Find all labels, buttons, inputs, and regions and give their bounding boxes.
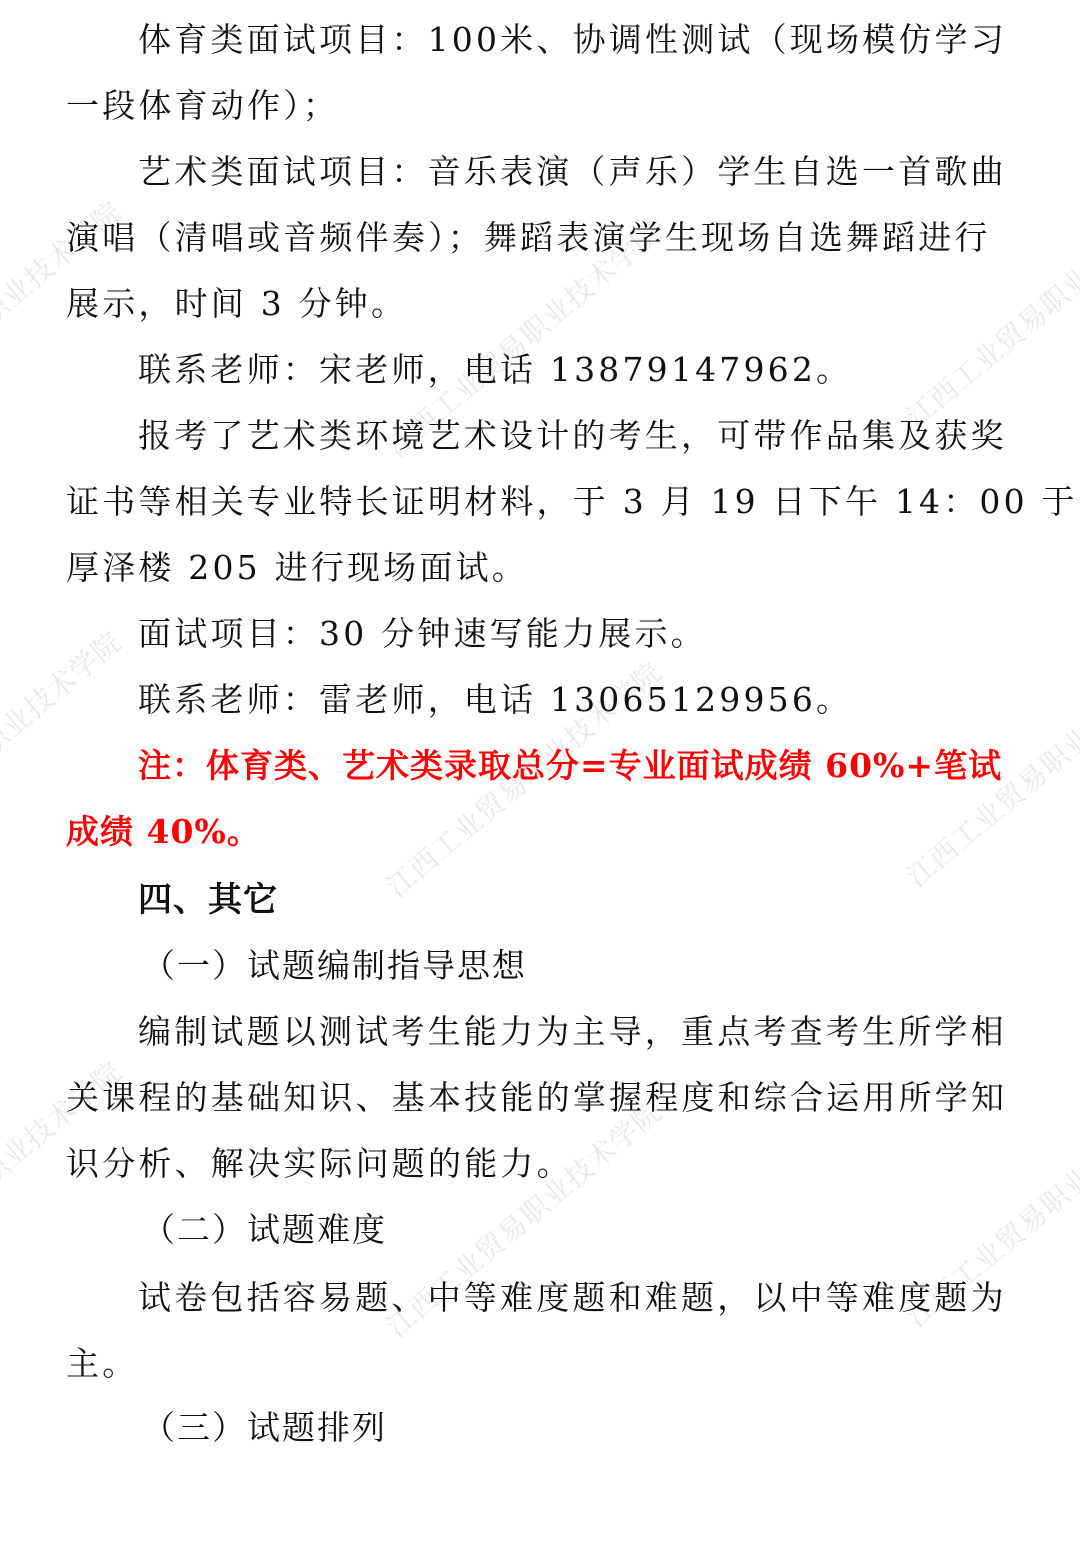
subheading-difficulty: （二）试题难度 xyxy=(142,1210,1080,1250)
subheading-guiding-principle: （一）试题编制指导思想 xyxy=(142,946,1080,986)
text-line-art-interview: 艺术类面试项目：音乐表演（声乐）学生自选一首歌曲 xyxy=(138,152,1010,192)
note-scoring: 注：体育类、艺术类录取总分=专业面试成绩 60%+笔试 xyxy=(138,746,1010,786)
text-line: 一段体育动作）； xyxy=(66,86,1010,126)
text-line: 展示，时间 3 分钟。 xyxy=(66,284,1010,324)
text-line: 厚泽楼 205 进行现场面试。 xyxy=(66,548,1010,588)
contact-lei: 联系老师：雷老师，电话 13065129956。 xyxy=(138,680,1010,720)
contact-song: 联系老师：宋老师，电话 13879147962。 xyxy=(138,350,1010,390)
text-line-pe-interview: 体育类面试项目：100米、协调性测试（现场模仿学习 xyxy=(138,20,1010,60)
text-line: 演唱（清唱或音频伴奏）；舞蹈表演学生现场自选舞蹈进行 xyxy=(66,218,1010,258)
note-scoring-cont: 成绩 40%。 xyxy=(66,812,1010,852)
text-line: 试卷包括容易题、中等难度题和难题，以中等难度题为 xyxy=(138,1278,1010,1318)
text-line: 主。 xyxy=(66,1344,1010,1384)
text-line: 编制试题以测试考生能力为主导，重点考查考生所学相 xyxy=(138,1012,1010,1052)
text-line: 识分析、解决实际问题的能力。 xyxy=(66,1144,1010,1184)
text-line: 证书等相关专业特长证明材料，于 3 月 19 日下午 14：00 于 xyxy=(66,482,1010,522)
text-line-env-design: 报考了艺术类环境艺术设计的考生，可带作品集及获奖 xyxy=(138,416,1010,456)
subheading-arrangement: （三）试题排列 xyxy=(142,1408,1080,1448)
section-heading-other: 四、其它 xyxy=(138,880,1010,920)
text-line-sketch: 面试项目：30 分钟速写能力展示。 xyxy=(138,614,1010,654)
document-page: 江西工业贸易职业技术学院 江西工业贸易职业技术学院 江西工业贸易职业技术学院 江… xyxy=(0,0,1080,1562)
text-line: 关课程的基础知识、基本技能的掌握程度和综合运用所学知 xyxy=(66,1078,1010,1118)
